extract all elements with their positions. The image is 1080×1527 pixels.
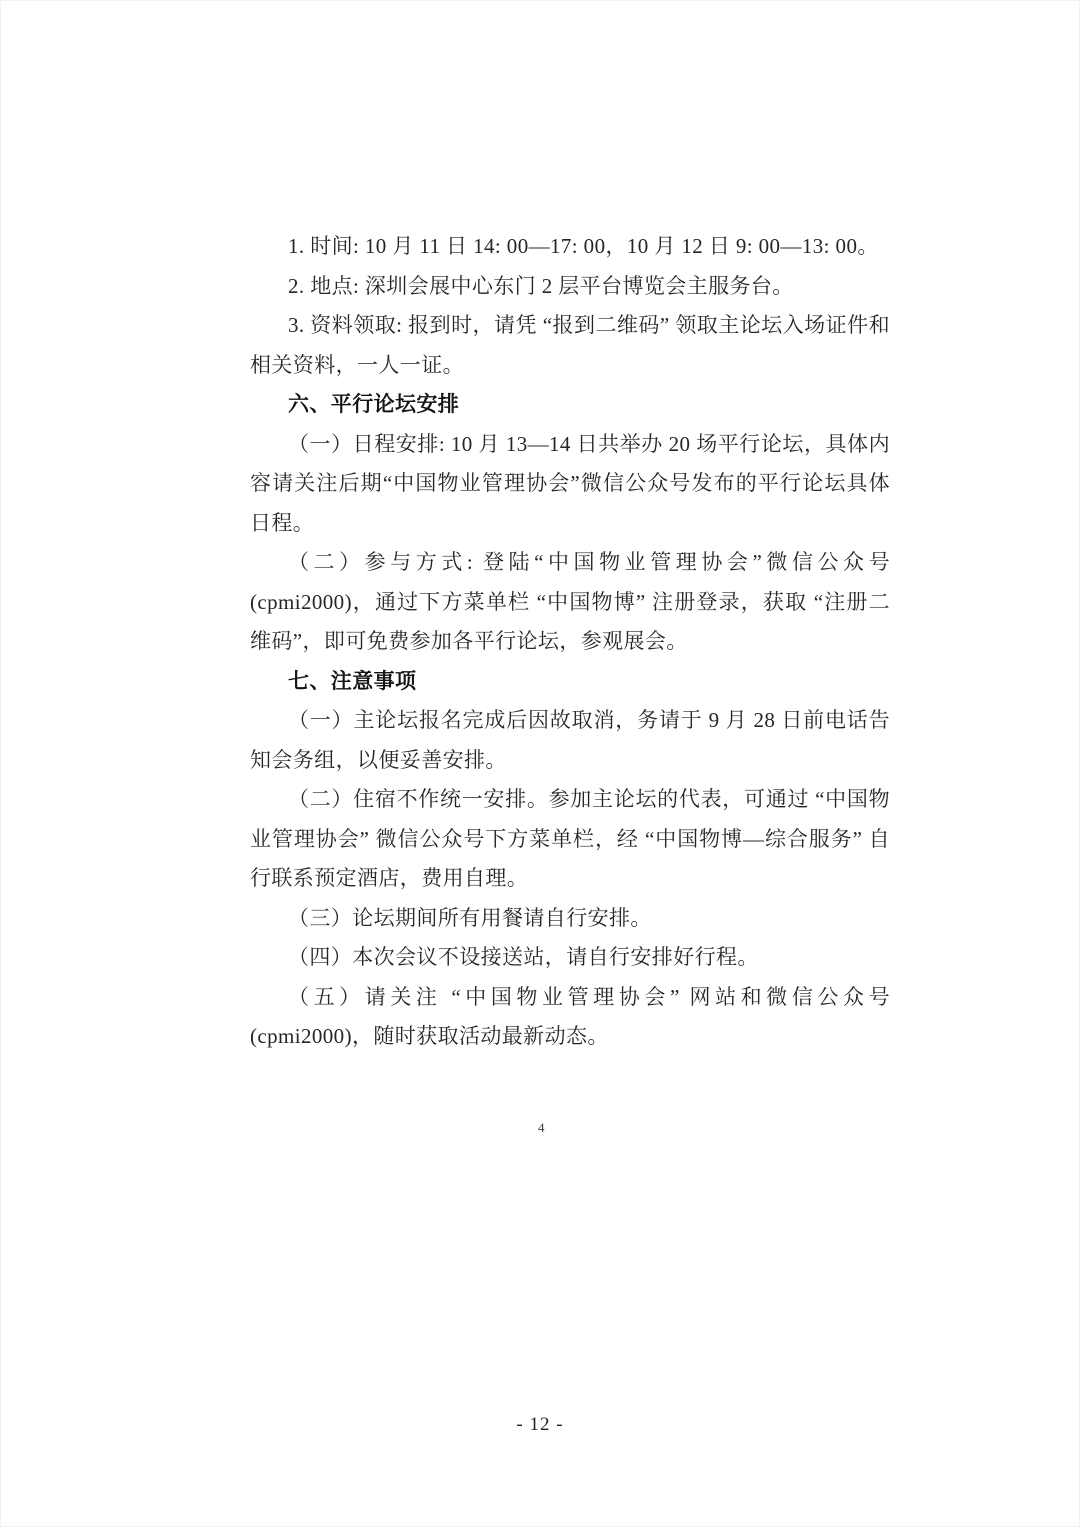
paragraph-accommodation: （二）住宿不作统一安排。参加主论坛的代表，可通过 “中国物业管理协会” 微信公众… <box>250 780 890 899</box>
list-item-time: 1. 时间: 10 月 11 日 14: 00—17: 00，10 月 12 日… <box>250 227 890 267</box>
document-body: 1. 时间: 10 月 11 日 14: 00—17: 00，10 月 12 日… <box>250 227 890 1057</box>
paragraph-cancellation: （一）主论坛报名完成后因故取消，务请于 9 月 28 日前电话告知会务组，以便妥… <box>250 701 890 780</box>
page-number: - 12 - <box>470 1413 610 1437</box>
section-heading-parallel-forum: 六、平行论坛安排 <box>250 385 890 425</box>
list-item-materials: 3. 资料领取: 报到时，请凭 “报到二维码” 领取主论坛入场证件和相关资料，一… <box>250 306 890 385</box>
paragraph-meals: （三）论坛期间所有用餐请自行安排。 <box>250 899 890 939</box>
document-page: 1. 时间: 10 月 11 日 14: 00—17: 00，10 月 12 日… <box>0 0 1080 1527</box>
paragraph-schedule: （一）日程安排: 10 月 13—14 日共举办 20 场平行论坛，具体内容请关… <box>250 425 890 544</box>
footnote-marker: 4 <box>538 1120 545 1136</box>
paragraph-participation: （二）参与方式: 登陆“中国物业管理协会”微信公众号(cpmi2000)，通过下… <box>250 543 890 662</box>
paragraph-updates: （五）请关注 “中国物业管理协会” 网站和微信公众号(cpmi2000)，随时获… <box>250 978 890 1057</box>
paragraph-transport: （四）本次会议不设接送站，请自行安排好行程。 <box>250 938 890 978</box>
list-item-location: 2. 地点: 深圳会展中心东门 2 层平台博览会主服务台。 <box>250 267 890 307</box>
section-heading-notes: 七、注意事项 <box>250 662 890 702</box>
